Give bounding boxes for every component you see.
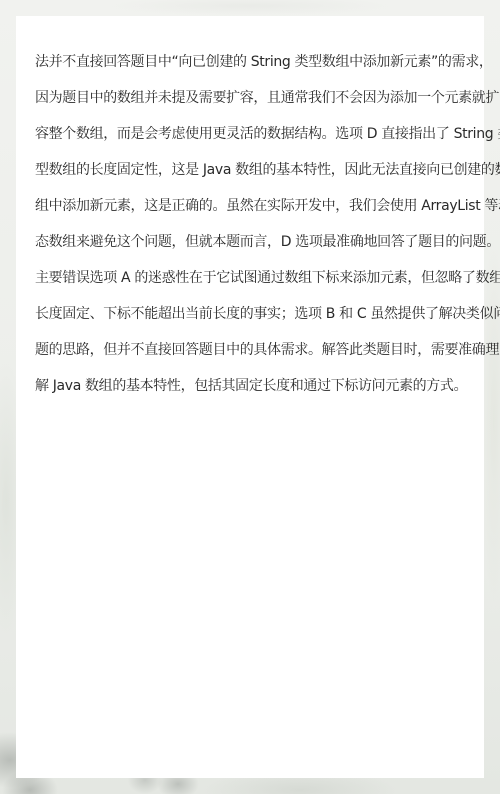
text-line: 容整个数组，而是会考虑使用更灵活的数据结构。选项 D 直接指出了 String … <box>35 116 475 152</box>
text-line: 主要错误选项 A 的迷惑性在于它试图通过数组下标来添加元素，但忽略了数组 <box>35 260 475 296</box>
text-line: 题的思路，但并不直接回答题目中的具体需求。解答此类题目时，需要准确理 <box>35 332 475 368</box>
text-line: 法并不直接回答题目中“向已创建的 String 类型数组中添加新元素”的需求， <box>35 44 475 80</box>
explanation-text: 法并不直接回答题目中“向已创建的 String 类型数组中添加新元素”的需求， … <box>35 44 475 404</box>
text-line: 组中添加新元素，这是正确的。虽然在实际开发中，我们会使用 ArrayList 等… <box>35 188 475 224</box>
text-line: 因为题目中的数组并未提及需要扩容，且通常我们不会因为添加一个元素就扩 <box>35 80 475 116</box>
text-line: 态数组来避免这个问题，但就本题而言，D 选项最准确地回答了题目的问题。 <box>35 224 475 260</box>
document-card: 法并不直接回答题目中“向已创建的 String 类型数组中添加新元素”的需求， … <box>16 16 484 778</box>
text-line: 型数组的长度固定性，这是 Java 数组的基本特性，因此无法直接向已创建的数 <box>35 152 475 188</box>
text-line: 解 Java 数组的基本特性，包括其固定长度和通过下标访问元素的方式。 <box>35 368 475 404</box>
text-line: 长度固定、下标不能超出当前长度的事实；选项 B 和 C 虽然提供了解决类似问 <box>35 296 475 332</box>
